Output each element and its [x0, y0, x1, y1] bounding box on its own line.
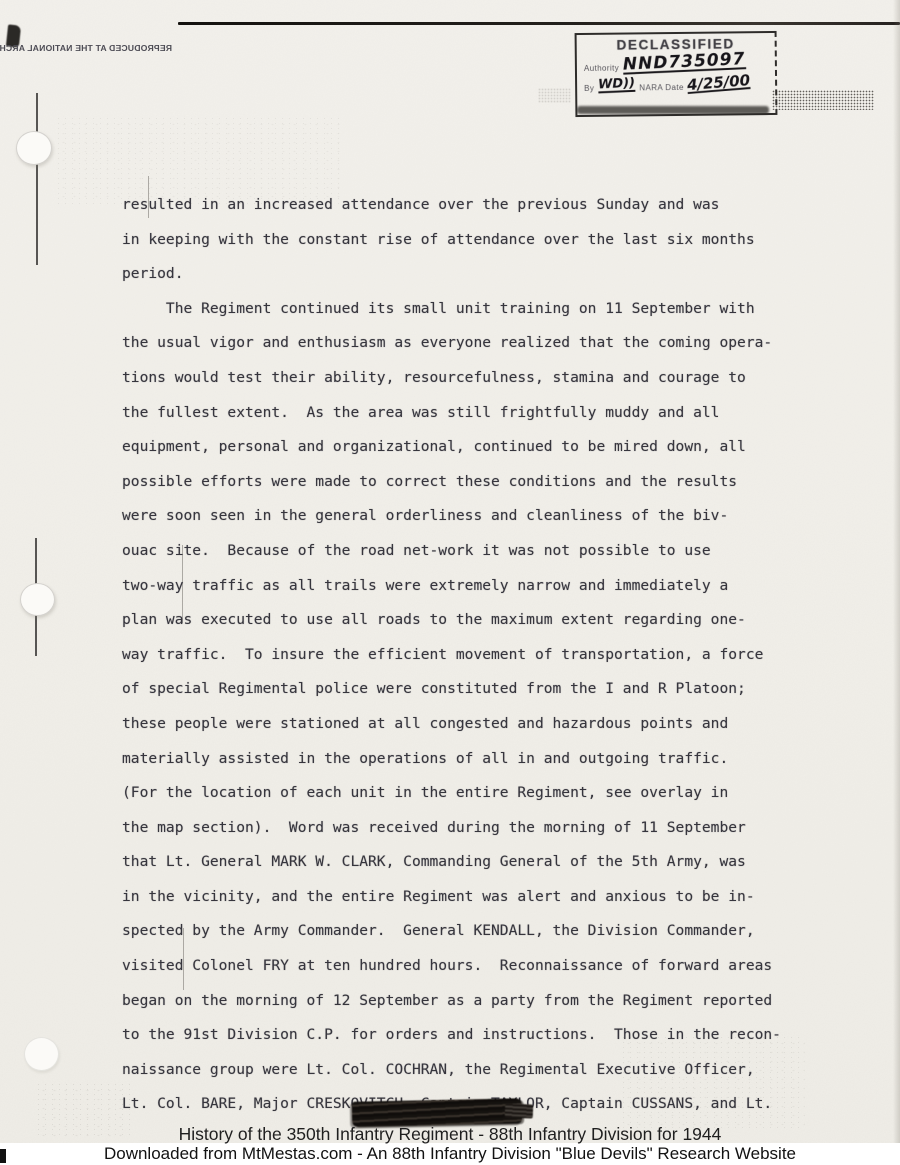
- typed-line: the usual vigor and enthusiasm as everyo…: [122, 326, 822, 361]
- hole-punch-bottom: [24, 1037, 59, 1071]
- typed-line: to the 91st Division C.P. for orders and…: [122, 1018, 822, 1053]
- typed-line: in keeping with the constant rise of att…: [122, 223, 822, 258]
- by-label: By: [584, 84, 594, 93]
- typed-line: that Lt. General MARK W. CLARK, Commandi…: [122, 845, 822, 880]
- redaction-scribble: [352, 1098, 522, 1127]
- typed-line: the map section). Word was received duri…: [122, 811, 822, 846]
- national-archives-watermark: REPRODUCED AT THE NATIONAL ARCHIVES: [4, 43, 172, 53]
- typed-line: tions would test their ability, resource…: [122, 361, 822, 396]
- nara-date-label: NARA Date: [639, 83, 684, 92]
- typed-line: these people were stationed at all conge…: [122, 707, 822, 742]
- typed-line: plan was executed to use all roads to th…: [122, 603, 822, 638]
- scan-right-edge-shadow: [893, 0, 900, 1165]
- typed-line: in the vicinity, and the entire Regiment…: [122, 880, 822, 915]
- typed-line: ouac site. Because of the road net-work …: [122, 534, 822, 569]
- stamp-title: DECLASSIFIED: [577, 36, 775, 53]
- binder-line-top: [36, 93, 38, 265]
- typewritten-body: resulted in an increased attendance over…: [122, 188, 822, 1122]
- typed-line: spected by the Army Commander. General K…: [122, 914, 822, 949]
- typed-line: (For the location of each unit in the en…: [122, 776, 822, 811]
- typed-line: naissance group were Lt. Col. COCHRAN, t…: [122, 1053, 822, 1088]
- typed-line: The Regiment continued its small unit tr…: [122, 292, 822, 327]
- typed-line: way traffic. To insure the efficient mov…: [122, 638, 822, 673]
- typed-line: the fullest extent. As the area was stil…: [122, 396, 822, 431]
- typed-line: period.: [122, 257, 822, 292]
- typed-line: materially assisted in the operations of…: [122, 742, 822, 777]
- declassified-stamp: DECLASSIFIED Authority NND735097 By WD))…: [575, 31, 778, 117]
- document-top-edge-line: [178, 22, 900, 25]
- stamp-smudge-right: [772, 90, 874, 110]
- typed-line: of special Regimental police were consti…: [122, 672, 822, 707]
- page-caption: History of the 350th Infantry Regiment -…: [0, 1124, 900, 1145]
- hole-punch-middle: [20, 583, 55, 616]
- typed-line: began on the morning of 12 September as …: [122, 984, 822, 1019]
- authority-handwritten-value: NND735097: [623, 51, 746, 75]
- stamp-smudge-left: [538, 88, 572, 102]
- typed-line: visited Colonel FRY at ten hundred hours…: [122, 949, 822, 984]
- typed-line: two-way traffic as all trails were extre…: [122, 569, 822, 604]
- typed-line: equipment, personal and organizational, …: [122, 430, 822, 465]
- redaction-scribble-tail: [505, 1104, 533, 1119]
- typed-line: resulted in an increased attendance over…: [122, 188, 822, 223]
- hole-punch-top: [16, 131, 52, 165]
- authority-label: Authority: [584, 64, 619, 73]
- scanned-document-page: REPRODUCED AT THE NATIONAL ARCHIVES DECL…: [0, 0, 900, 1165]
- by-handwritten-initials: WD)): [598, 78, 636, 94]
- source-footer: Downloaded from MtMestas.com - An 88th I…: [0, 1144, 900, 1164]
- stamp-smear-bottom: [577, 106, 769, 114]
- date-handwritten-value: 4/25/00: [686, 74, 750, 94]
- bottom-edge-mark: [0, 1149, 6, 1163]
- typed-line: possible efforts were made to correct th…: [122, 465, 822, 500]
- typed-line: were soon seen in the general orderlines…: [122, 499, 822, 534]
